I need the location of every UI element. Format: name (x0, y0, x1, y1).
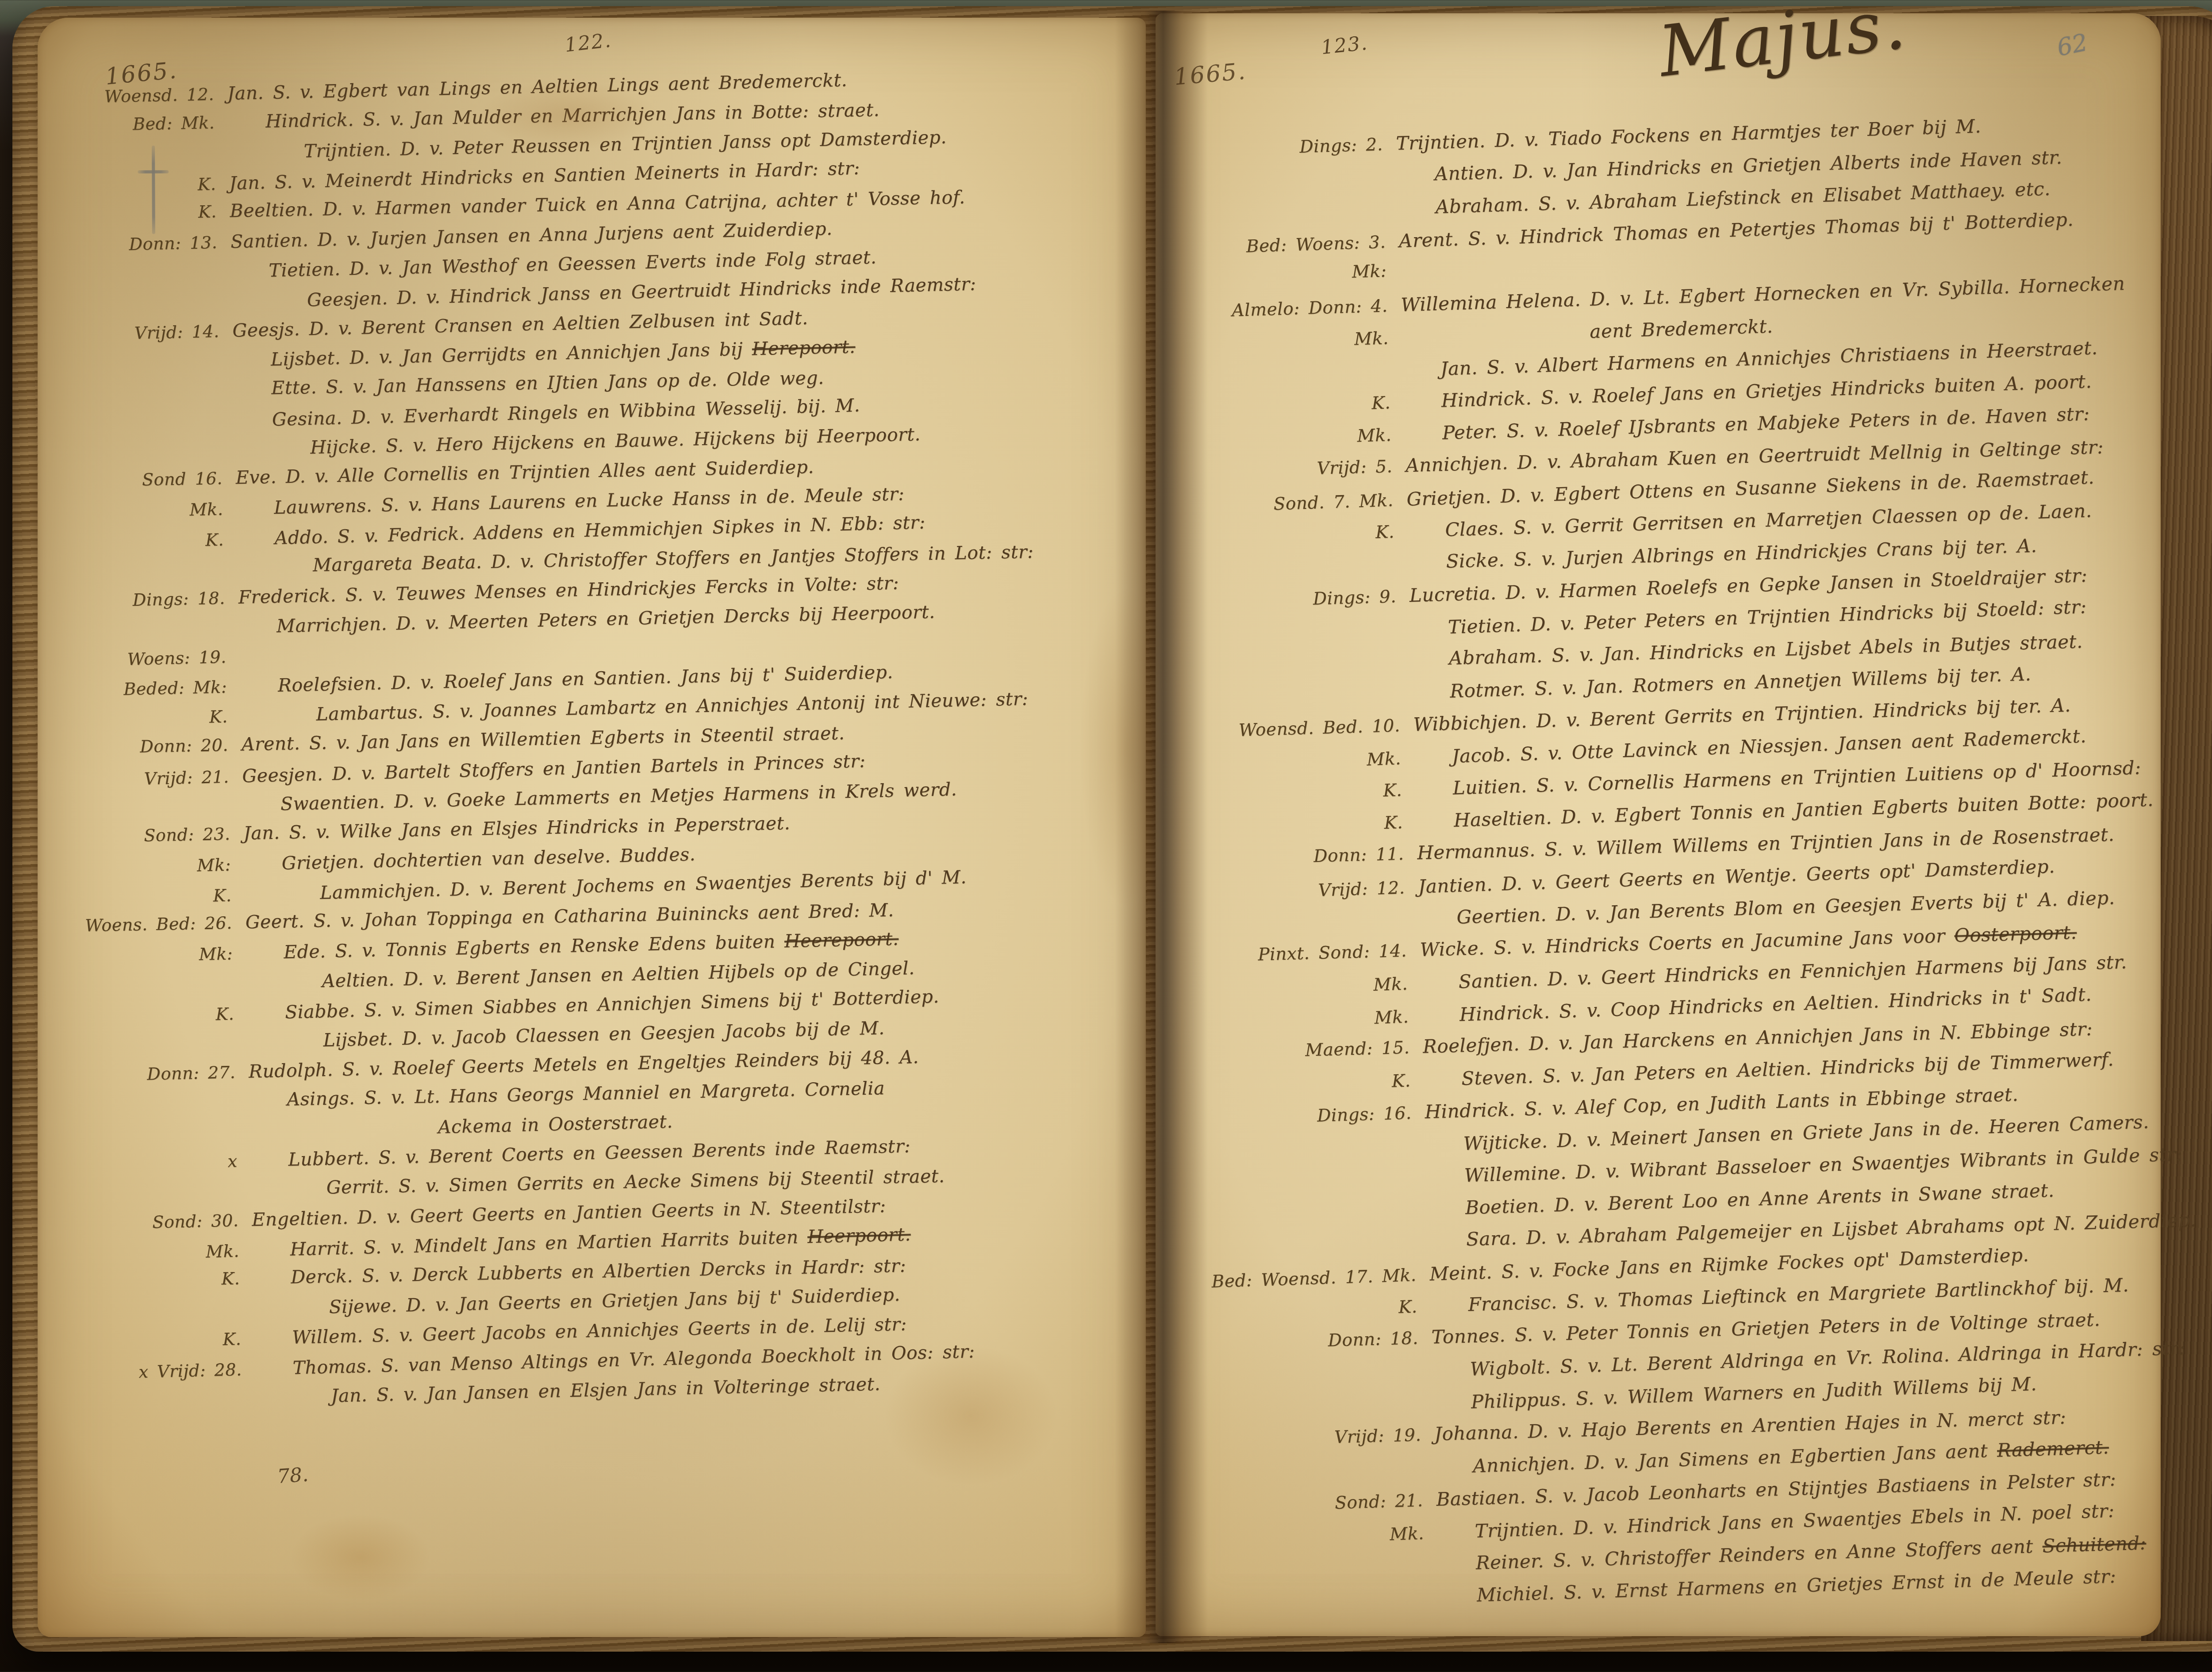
entry-text-main: Jan. S. v. Egbert van Lings en Aeltien L… (227, 69, 847, 104)
entry-day-label: x Vrijd: 28. (91, 1360, 255, 1383)
entry-day-label (1210, 1376, 1433, 1383)
folio-number-right: 123. (1320, 32, 1369, 59)
entry-day-label: K. (77, 707, 241, 730)
entry-day-label: K. (84, 1004, 248, 1027)
baptism-entries-right: Dings: 2. Trijntien. D. v. Tiado Fockens… (1172, 110, 2193, 1624)
folio-number-left: 122. (564, 29, 613, 57)
entry-text-struck: Herepoort. (752, 336, 856, 359)
entry-day-label: Vrijd: 14. (69, 321, 233, 344)
entry-day-label: Sond 16. (72, 468, 236, 491)
entry-day-label (88, 1195, 251, 1198)
entry-day-label: Bed: Woensd. 17. Mk. (1206, 1265, 1430, 1292)
entry-text (1400, 256, 2153, 276)
entry-day-label (1180, 377, 1403, 384)
entry-day-label (1175, 215, 1398, 221)
entry-day-label (74, 573, 238, 576)
entry-day-label: Sond. 7. Mk. (1183, 490, 1407, 517)
entry-day-label (1174, 181, 1397, 187)
entry-day-label (65, 159, 229, 162)
entry-day-label (1204, 1183, 1427, 1190)
entry-day-label: Mk. (1190, 748, 1414, 775)
entry-day-label: Woensd. Bed. 10. (1190, 715, 1413, 742)
entry-day-label (1206, 1247, 1429, 1253)
entry-day-label: Vrijd: 21. (78, 767, 242, 790)
entry-day-label (70, 395, 234, 398)
right-page: 1665. 123. Majus. 62 Dings: 2. Trijntien… (1156, 13, 2161, 1636)
entry-day-label: K. (1193, 812, 1417, 839)
entry-text-main: Ackema in Oosterstraet. (438, 1111, 673, 1138)
entry-day-label (1185, 569, 1409, 574)
entry-day-label (1196, 925, 1419, 931)
entry-day-label: Vrijd: 5. (1182, 456, 1406, 482)
entry-day-label (71, 427, 234, 430)
entry-day-label: Woensd. 12. (63, 84, 227, 107)
entry-day-label: Mk. (88, 1241, 253, 1265)
entry-day-label (1216, 1603, 1440, 1609)
year-annotation-right: 1665. (1173, 58, 1248, 90)
entry-day-label: Sond: 23. (80, 824, 244, 846)
month-heading: Majus. (1655, 0, 1911, 93)
entry-day-label: Almelo: Donn: 4. (1177, 296, 1401, 322)
entry-day-label: Maend: 15. (1199, 1038, 1423, 1063)
entry-day-label (1205, 1215, 1428, 1222)
entry-day-label: Mk. (1198, 974, 1421, 1000)
entry-day-label: Woens: 19. (76, 647, 240, 670)
baptism-entries-left: Woensd. 12. Jan. S. v. Egbert van Lings … (63, 63, 1158, 1420)
entry-day-label: Dings: 9. (1186, 586, 1410, 613)
entry-text-struck: Oosterpoort. (1954, 922, 2077, 946)
entry-day-label: Donn: 27. (85, 1062, 249, 1085)
entry-day-label: x (87, 1151, 251, 1174)
entry-day-label: Dings: 2. (1172, 135, 1396, 161)
entry-day-label (1215, 1570, 1439, 1577)
entry-day-label: K. (91, 1329, 255, 1352)
entry-day-label (69, 366, 233, 370)
entry-day-label: Dings: 18. (74, 588, 238, 611)
entry-day-label: Vrijd: 19. (1211, 1425, 1435, 1450)
entry-day-label: Mk. (1178, 328, 1402, 354)
entry-day-label (1202, 1151, 1426, 1158)
entry-day-label: Mk. (1181, 425, 1405, 451)
entry-text-struck: Heerpoort. (807, 1224, 911, 1248)
pencil-folio-number: 62 (2055, 28, 2090, 62)
entry-day-label: Vrijd: 12. (1194, 877, 1418, 904)
entry-day-label (1212, 1473, 1436, 1480)
entry-day-label: K. (89, 1268, 253, 1291)
entry-day-label: K. (73, 530, 237, 553)
photographed-register-scan: { "document_type": "baptismal register m… (0, 0, 2212, 1672)
entry-day-label: Dings: 16. (1201, 1103, 1425, 1130)
entry-day-label: Pinxt. Sond: 14. (1196, 941, 1420, 966)
entry-day-label (1188, 665, 1412, 671)
entry-text-struck: Schuitend: (2042, 1532, 2147, 1557)
entry-day-label: Sond: 30. (88, 1211, 252, 1234)
entry-day-label: Mk. (1214, 1523, 1437, 1550)
entry-day-label (92, 1404, 256, 1407)
entry-day-label (75, 633, 239, 637)
entry-day-label: Woens. Bed: 26. (81, 913, 246, 935)
entry-day-label (86, 1106, 250, 1109)
entry-text-main: Trijntien. D. v. Tiado Fockens en Harmtj… (1396, 115, 1982, 154)
entry-day-label: Bed: Woens: 3. (1175, 232, 1399, 259)
entry-day-label (72, 455, 235, 459)
entry-day-label (90, 1315, 254, 1318)
entry-day-label (1189, 699, 1413, 705)
entry-day-label (84, 1048, 248, 1052)
entry-day-label (68, 308, 232, 312)
entry-day-label (1210, 1410, 1434, 1417)
entry-day-label: Donn: 13. (67, 232, 231, 255)
entry-day-label: Sond: 21. (1213, 1490, 1436, 1517)
entry-day-label: Bed: Mk. (64, 113, 228, 135)
page-total-count: 78. (276, 1463, 309, 1488)
entry-day-label (68, 277, 231, 281)
entry-day-label: Mk. (73, 499, 237, 522)
entry-day-label: K. (1200, 1071, 1424, 1097)
entry-day-label: K. (81, 885, 245, 909)
entry-day-label (1187, 635, 1411, 642)
entry-day-label (83, 989, 247, 992)
entry-day-label (86, 1138, 250, 1142)
entry-day-label (79, 811, 243, 815)
entry-day-label: Mk. (1198, 1007, 1422, 1034)
entry-day-label: K. (65, 174, 230, 197)
entry-text-struck: Heerepoort. (784, 928, 899, 952)
left-page: 1665. 122. Woensd. 12. Jan. S. v. Egbert… (38, 18, 1146, 1637)
entry-day-label: Donn: 11. (1194, 844, 1417, 869)
entry-day-label: Donn: 18. (1208, 1328, 1432, 1354)
entry-day-label: Donn: 20. (78, 735, 242, 757)
entry-day-label: K. (66, 202, 230, 224)
entry-day-label: Beded: Mk: (77, 677, 241, 700)
entry-day-label: Mk: (80, 855, 244, 878)
entry-day-label: Mk: (82, 944, 246, 967)
